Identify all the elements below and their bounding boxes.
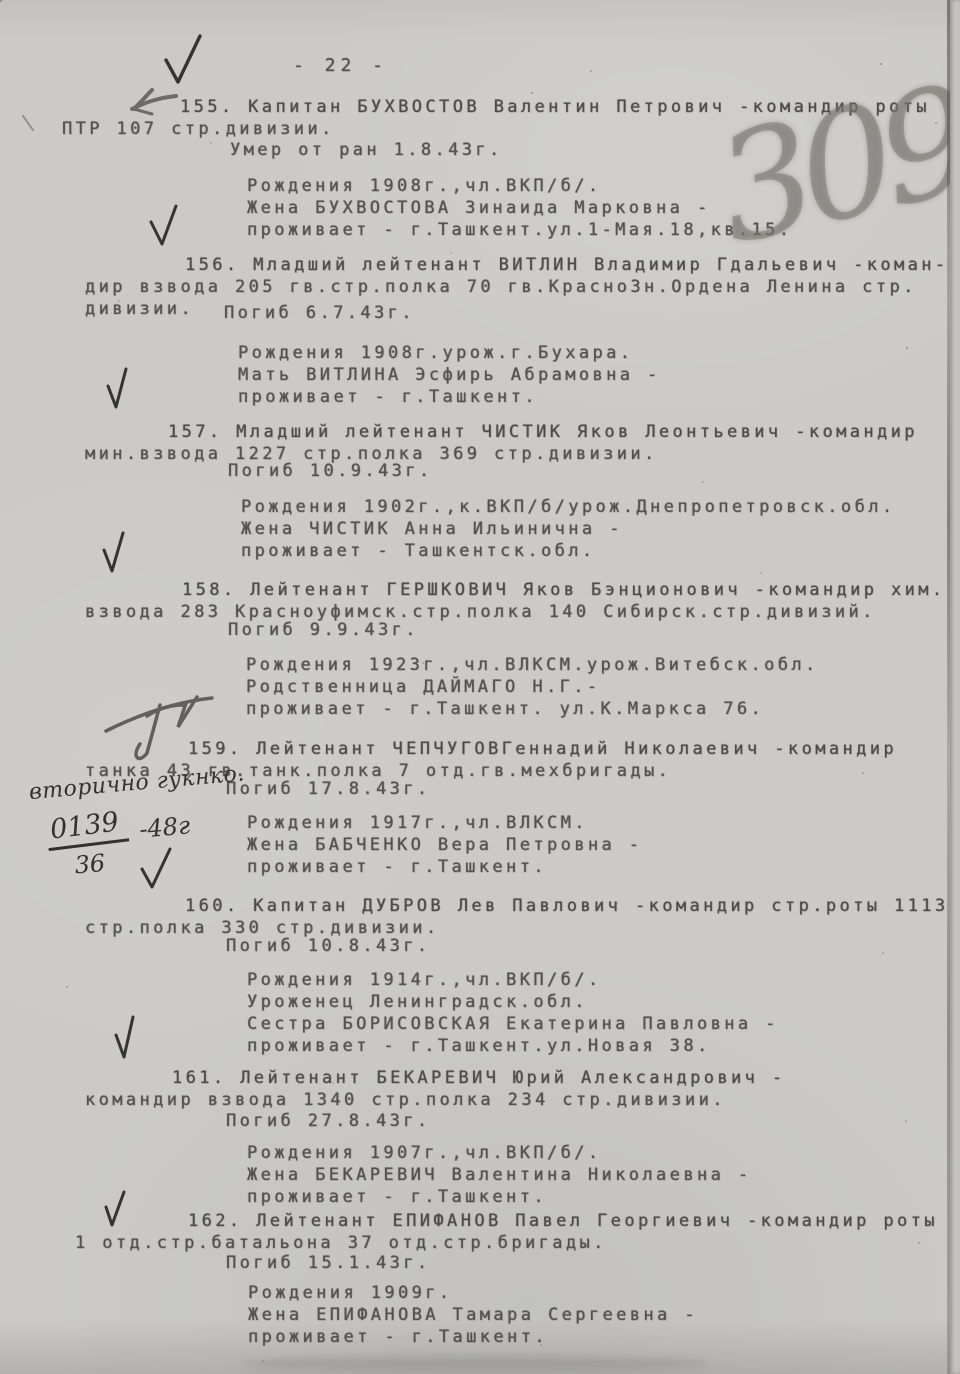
entry-text-line: проживает - г.Ташкент.	[247, 857, 547, 877]
entry-text-line: Рождения 1908г.урож.г.Бухара.	[238, 343, 633, 363]
margin-note-reference: 0139 36 -48г	[45, 795, 266, 882]
entry-text-line: стр.полка 330 стр.дивизии.	[85, 918, 440, 938]
entry-text-line: дир взвода 205 гв.стр.полка 70 гв.Красно…	[85, 277, 917, 297]
reference-fraction: 0139 36	[45, 807, 131, 882]
pencil-tick-mark	[23, 116, 33, 130]
entry-text-line: ПТР 107 стр.дивизии.	[62, 119, 335, 139]
entry-text-line: Рождения 1908г.,чл.ВКП/б/.	[247, 176, 602, 196]
entry-text-line: Жена БУХВОСТОВА Зинаида Марковна -	[247, 198, 711, 218]
entry-title-line: 159. Лейтенант ЧЕПЧУГОВГеннадий Николаев…	[188, 739, 897, 759]
entry-text-line: Рождения 1914г.,чл.ВКП/б/.	[247, 970, 602, 990]
document-page: - 22 - 155. Капитан БУХВОСТОВ Валентин П…	[0, 0, 960, 1374]
entry-title-line: 160. Капитан ДУБРОВ Лев Павлович -команд…	[185, 896, 949, 916]
entry-text-line: Рождения 1907г.,чл.ВКП/б/.	[247, 1143, 602, 1163]
entry-title-line: 162. Лейтенант ЕПИФАНОВ Павел Георгиевич…	[188, 1211, 938, 1231]
entry-text-line: Умер от ран 1.8.43г.	[230, 140, 503, 160]
page-edge-line	[947, 0, 950, 1374]
entry-title-line: 156. Младший лейтенант ВИТЛИН Владимир Г…	[185, 255, 949, 275]
entry-text-line: Жена ЧИСТИК Анна Ильинична -	[241, 519, 623, 539]
scan-smudge	[240, 1356, 710, 1372]
entry-text-line: Рождения 1902г.,к.ВКП/б/урож.Днепропетро…	[241, 497, 895, 517]
entry-text-line: дивизии.	[85, 299, 194, 319]
page-edge-band	[950, 0, 960, 1374]
entry-text-line: проживает - г.Ташкент.	[238, 387, 538, 407]
entry-text-line: командир взвода 1340 стр.полка 234 стр.д…	[85, 1090, 726, 1110]
page-number: - 22 -	[293, 55, 388, 76]
entry-text-line: Погиб 27.8.43г.	[226, 1111, 431, 1131]
entry-text-line: Погиб 15.1.43г.	[226, 1253, 431, 1273]
entry-text-line: Жена БАБЧЕНКО Вера Петровна -	[247, 835, 642, 855]
checkmark-icon	[166, 36, 200, 82]
entry-text-line: взвода 283 Красноуфимск.стр.полка 140 Си…	[85, 602, 876, 622]
pencil-archive-number: 309	[702, 54, 960, 277]
entry-text-line: Жена ЕПИФАНОВА Тамара Сергеевна -	[248, 1305, 698, 1325]
entry-text-line: Сестра БОРИСОВСКАЯ Екатерина Павловна -	[247, 1014, 779, 1034]
checkmark-icon	[108, 369, 126, 407]
entry-text-line: Погиб 10.8.43г.	[226, 936, 431, 956]
entry-text-line: проживает - г.Ташкент.ул.1-Мая.18,кв.15.	[247, 220, 792, 240]
entry-title-line: 161. Лейтенант БЕКАРЕВИЧ Юрий Александро…	[172, 1068, 786, 1088]
entry-text-line: проживает - г.Ташкент.	[247, 1187, 547, 1207]
entry-text-line: 1 отд.стр.батальона 37 отд.стр.бригады.	[75, 1233, 607, 1253]
entry-text-line: проживает - Ташкентск.обл.	[241, 541, 596, 561]
checkmark-icon	[104, 533, 123, 571]
entry-text-line: Уроженец Ленинградск.обл.	[247, 992, 588, 1012]
checkmark-icon	[116, 1017, 133, 1057]
entry-text-line: Жена БЕКАРЕВИЧ Валентина Николаевна -	[247, 1165, 752, 1185]
entry-text-line: проживает - г.Ташкент. ул.К.Маркса 76.	[246, 699, 764, 719]
pencil-strike-mark	[132, 90, 176, 114]
entry-title-line: 158. Лейтенант ГЕРШКОВИЧ Яков Бэнционови…	[182, 580, 946, 600]
entry-text-line: Мать ВИТЛИНА Эсфирь Абрамовна -	[238, 365, 661, 385]
checkmark-icon	[106, 1192, 124, 1225]
checkmark-icon	[151, 206, 176, 244]
entry-text-line: Рождения 1909г.	[248, 1283, 453, 1303]
entry-text-line: Погиб 6.7.43г.	[224, 303, 415, 323]
entry-text-line: Погиб 10.9.43г.	[228, 461, 433, 481]
entry-title-line: 157. Младший лейтенант ЧИСТИК Яков Леонт…	[168, 422, 918, 442]
entry-text-line: Родственница ДАЙМАГО Н.Г.-	[246, 677, 601, 697]
reference-year: -48г	[138, 811, 191, 843]
entry-text-line: Рождения 1923г.,чл.ВЛКСМ.урож.Витебск.об…	[246, 655, 819, 675]
entry-text-line: проживает - г.Ташкент.ул.Новая 38.	[247, 1036, 711, 1056]
entry-text-line: Рождения 1917г.,чл.ВЛКСМ.	[247, 813, 588, 833]
entry-text-line: проживает - г.Ташкент.	[248, 1327, 548, 1347]
handwritten-margin-note: вторично гукнко. 0139 36 -48г	[28, 760, 266, 883]
entry-text-line: Погиб 9.9.43г.	[228, 620, 419, 640]
